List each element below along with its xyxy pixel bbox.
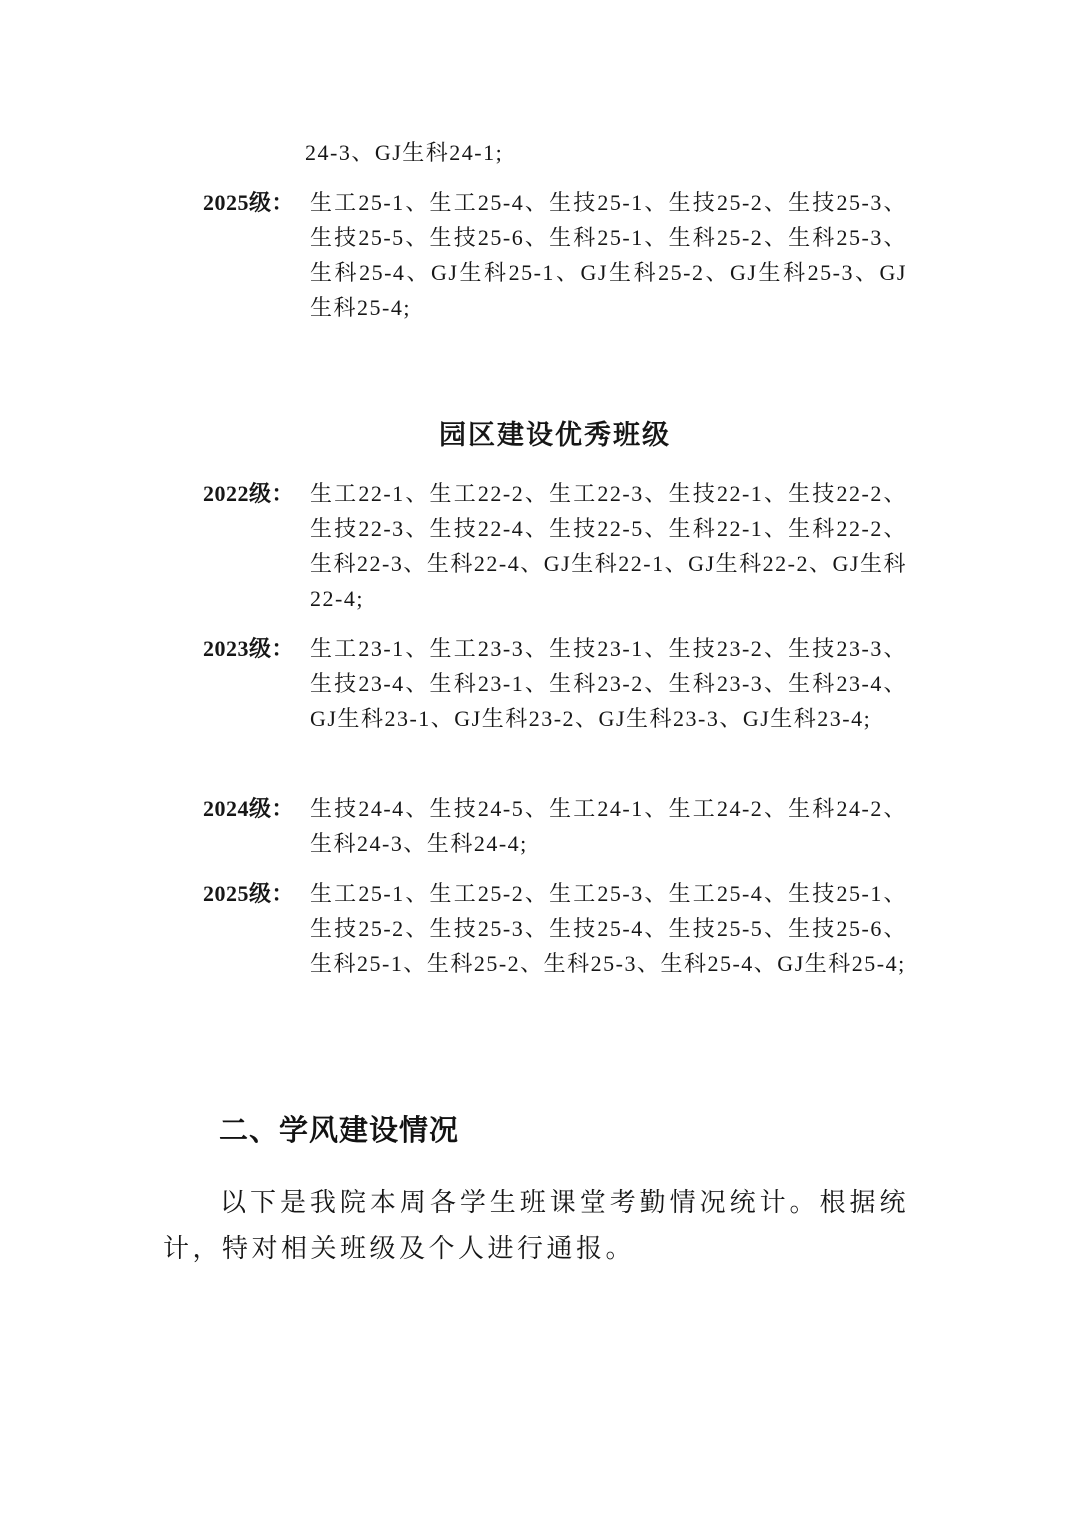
award-heading: 园区建设优秀班级 (203, 419, 907, 451)
grade-class-list: 生工25-1、生工25-4、生技25-1、生技25-2、生技25-3、生技25-… (310, 185, 907, 325)
grade-list-2024: 2024级： 生技24-4、生技24-5、生工24-1、生工24-2、生科24-… (203, 791, 907, 861)
document-page: 24-3、GJ生科24-1; 2025级： 生工25-1、生工25-4、生技25… (0, 0, 1074, 1520)
grade-list-2022: 2022级： 生工22-1、生工22-2、生工22-3、生技22-1、生技22-… (203, 476, 907, 616)
grade-label: 2022级： (203, 476, 310, 511)
grade-label: 2025级： (203, 185, 310, 220)
grade-label: 2023级： (203, 631, 310, 666)
grade-label: 2024级： (203, 791, 310, 826)
grade-class-list: 生工23-1、生工23-3、生技23-1、生技23-2、生技23-3、生技23-… (310, 631, 907, 736)
grade-class-list: 生工22-1、生工22-2、生工22-3、生技22-1、生技22-2、生技22-… (310, 476, 907, 616)
grade-list-2025: 2025级： 生工25-1、生工25-2、生工25-3、生工25-4、生技25-… (203, 876, 907, 981)
section-heading: 二、学风建设情况 (219, 1113, 459, 1149)
grade-list-2025-top: 2025级： 生工25-1、生工25-4、生技25-1、生技25-2、生技25-… (203, 185, 907, 325)
list-continuation-line: 24-3、GJ生科24-1; (305, 139, 503, 167)
grade-label: 2025级： (203, 876, 310, 911)
grade-class-list: 生工25-1、生工25-2、生工25-3、生工25-4、生技25-1、生技25-… (310, 876, 907, 981)
grade-class-list: 生技24-4、生技24-5、生工24-1、生工24-2、生科24-2、生科24-… (310, 791, 907, 861)
attendance-summary-paragraph: 以下是我院本周各学生班课堂考勤情况统计。根据统计，特对相关班级及个人进行通报。 (163, 1180, 909, 1272)
grade-list-2023: 2023级： 生工23-1、生工23-3、生技23-1、生技23-2、生技23-… (203, 631, 907, 736)
